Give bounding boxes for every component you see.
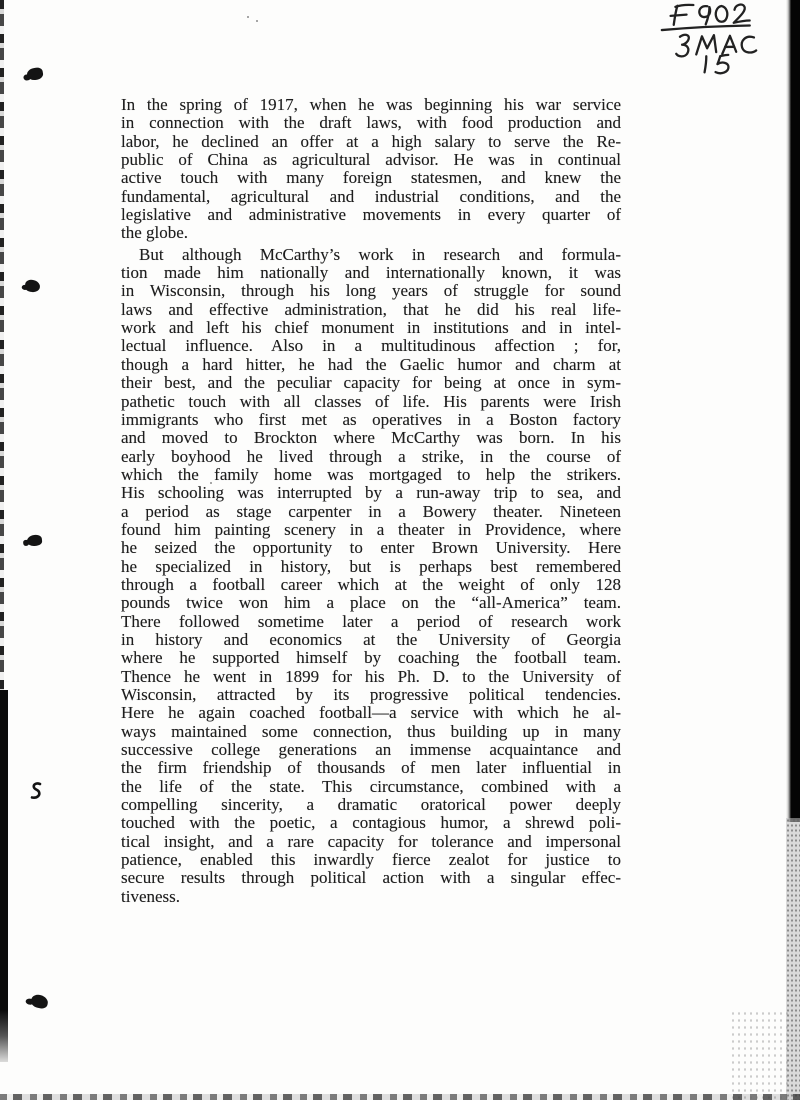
scan-dust-speck — [247, 16, 249, 18]
text-line: lectual influence. Also in a multitudino… — [121, 337, 621, 355]
scan-dust-speck — [210, 482, 212, 484]
text-line: which the family home was mortgaged to h… — [121, 466, 621, 484]
text-line: the firm friendship of thousands of men … — [121, 759, 621, 777]
text-line: In the spring of 1917, when he was begin… — [121, 96, 621, 114]
text-line: pounds twice won him a place on the “all… — [121, 594, 621, 612]
ink-blot — [24, 279, 41, 293]
scan-speckle-corner — [730, 1010, 790, 1100]
paragraph: In the spring of 1917, when he was begin… — [121, 96, 621, 243]
text-line: tiveness. — [121, 888, 621, 906]
scan-edge-left-lower — [0, 690, 8, 1062]
text-line: Wisconsin, attracted by its progressive … — [121, 686, 621, 704]
scanned-document-page: { "page": { "annotation": { "code": "F90… — [0, 0, 800, 1100]
scan-dust-speck — [256, 20, 258, 22]
text-line: His schooling was interrupted by a run-a… — [121, 484, 621, 502]
text-line: tion made him nationally and internation… — [121, 264, 621, 282]
ink-blot — [26, 534, 42, 547]
text-line: he seized the opportunity to enter Brown… — [121, 539, 621, 557]
text-line: secure results through political action … — [121, 869, 621, 887]
text-line: successive college generations an immens… — [121, 741, 621, 759]
text-line: Here he again coached football—a service… — [121, 704, 621, 722]
text-line: in connection with the draft laws, with … — [121, 114, 621, 132]
text-line: There followed sometime later a period o… — [121, 613, 621, 631]
text-line: pathetic touch with all classes of life.… — [121, 393, 621, 411]
text-line: found him painting scenery in a theater … — [121, 521, 621, 539]
text-line: laws and effective administration, that … — [121, 301, 621, 319]
text-line: labor, he declined an offer at a high sa… — [121, 133, 621, 151]
scan-edge-bottom — [0, 1094, 800, 1100]
text-line: Thence he went in 1899 for his Ph. D. to… — [121, 668, 621, 686]
text-line: in history and economics at the Universi… — [121, 631, 621, 649]
text-line: tical insight, and a rare capacity for t… — [121, 833, 621, 851]
text-line: work and left his chief monument in inst… — [121, 319, 621, 337]
text-line: in Wisconsin, through his long years of … — [121, 282, 621, 300]
page-text: In the spring of 1917, when he was begin… — [121, 96, 621, 906]
text-line: a period as stage carpenter in a Bowery … — [121, 503, 621, 521]
text-line: legislative and administrative movements… — [121, 206, 621, 224]
text-line: he specialized in history, but is perhap… — [121, 558, 621, 576]
s-squiggle-mark — [29, 782, 43, 801]
text-line: But although McCarthy’s work in research… — [121, 246, 621, 264]
text-line: patience, enabled this inwardly fierce z… — [121, 851, 621, 869]
text-line: through a football career which at the w… — [121, 576, 621, 594]
text-line: the globe. — [121, 224, 621, 242]
text-line: the life of the state. This circumstance… — [121, 778, 621, 796]
text-line: public of China as agricultural advisor.… — [121, 151, 621, 169]
text-line: early boyhood he lived through a strike,… — [121, 448, 621, 466]
text-line: touched with the poetic, a contagious hu… — [121, 814, 621, 832]
text-line: fundamental, agricultural and industrial… — [121, 188, 621, 206]
handwritten-annotation — [649, 0, 795, 80]
paragraph: But although McCarthy’s work in research… — [121, 246, 621, 906]
text-line: compelling sincerity, a dramatic oratori… — [121, 796, 621, 814]
scan-edge-right-upper — [786, 0, 800, 822]
scan-edge-left-upper — [0, 0, 4, 692]
handwriting-strokes — [649, 0, 795, 80]
text-line: immigrants who first met as operatives i… — [121, 411, 621, 429]
text-line: ways maintained some connection, thus bu… — [121, 723, 621, 741]
ink-blot — [30, 993, 50, 1010]
text-line: and moved to Brockton where McCarthy was… — [121, 429, 621, 447]
text-line: active touch with many foreign statesmen… — [121, 169, 621, 187]
text-line: where he supported himself by coaching t… — [121, 649, 621, 667]
text-line: though a hard hitter, he had the Gaelic … — [121, 356, 621, 374]
ink-blot — [26, 67, 44, 82]
text-line: their best, and the peculiar capacity fo… — [121, 374, 621, 392]
